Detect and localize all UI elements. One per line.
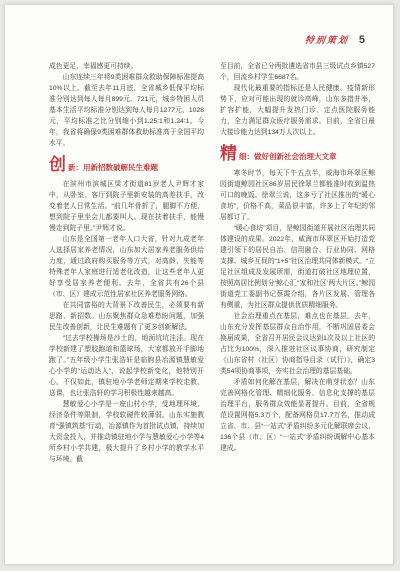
paragraph: 在滨州市滨城区梁才街道81岁老人尹辉才家中，从卧室、客厅到院子里新安装的高差扶手… [49,179,204,234]
paragraph-continuation: 成色更足，幸福感更可持续。 [49,61,204,72]
section-heading-refinement: 精 细：做好创新社会治理大文章 [220,146,375,162]
paragraph-continuation: 至目前，全省已分两批遴选省市县三级试点乡镇527个，回流乡村学生6687名。 [220,61,375,83]
paragraph: 矛盾如何化解在基层，解决在萌芽状态？山东完善网格化管理、精细化服务、信息化支撑的… [220,377,375,454]
paragraph: “暖心食坊”项目，是鲸园街道开展社区治理共同体建设的成果。2022年，威海市环翠… [220,223,375,311]
paragraph: 山东连续三年将9类困难群众救助保障标准提高10%以上。截至去年11月底，全省城乡… [49,72,204,149]
section-heading-innovation: 创 新：用新招数破解民生难题 [49,157,204,173]
paragraph: 寒冬时节，每天下午五点半，威海市环翠区鲸园街道鲸园社区86岁居民徐翠兰都能准时收… [220,168,375,223]
paragraph: 社会治理重点在基层，难点也在基层。去年，山东充分发挥基层群众自治作用，不断巩固居… [220,311,375,377]
heading-drop-character: 精 [220,146,237,162]
left-column: 成色更足，幸福感更可持续。 山东连续三年将9类困难群众救助保障标准提高10%以上… [49,61,204,541]
masthead-logo-text: 特别策划 [304,33,350,46]
heading-drop-character: 创 [49,157,66,173]
paragraph: 慧敏爱心小学是一座山村小学，受地理环境、经济条件等限制，学校软硬件较薄弱。山东实… [49,399,204,465]
heading-text: 新：用新招数破解民生难题 [68,162,158,173]
article-body: 成色更足，幸福感更可持续。 山东连续三年将9类困难群众救助保障标准提高10%以上… [49,61,375,541]
heading-text: 细：做好创新社会治理大文章 [239,151,337,162]
paragraph: 山东是全国第一老年人口大省，针对九成老年人选择居家养老情况，山东加大居家养老服务… [49,234,204,300]
right-column: 至目前，全省已分两批遴选省市县三级试点乡镇527个，回流乡村学生6687名。 现… [220,61,375,541]
page-header: 特别策划 5 [305,33,365,46]
magazine-page: 特别策划 5 成色更足，幸福感更可持续。 山东连续三年将9类困难群众救助保障标准… [4,4,394,565]
paragraph: 现代化最重要的指标还是人民健康。疫情新形势下，应对可能出现的就诊高峰，山东多措并… [220,83,375,138]
paragraph: 在共同富裕的大背景下改善民生，必须要有新思路、新招数。山东聚焦群众急难愁盼问题，… [49,300,204,333]
paragraph: “过去学校操场是沙土的，地面坑坑洼洼。现在学校新建了塑胶跑道和篮球场，大家都放开… [49,333,204,399]
page-number: 5 [359,34,365,46]
